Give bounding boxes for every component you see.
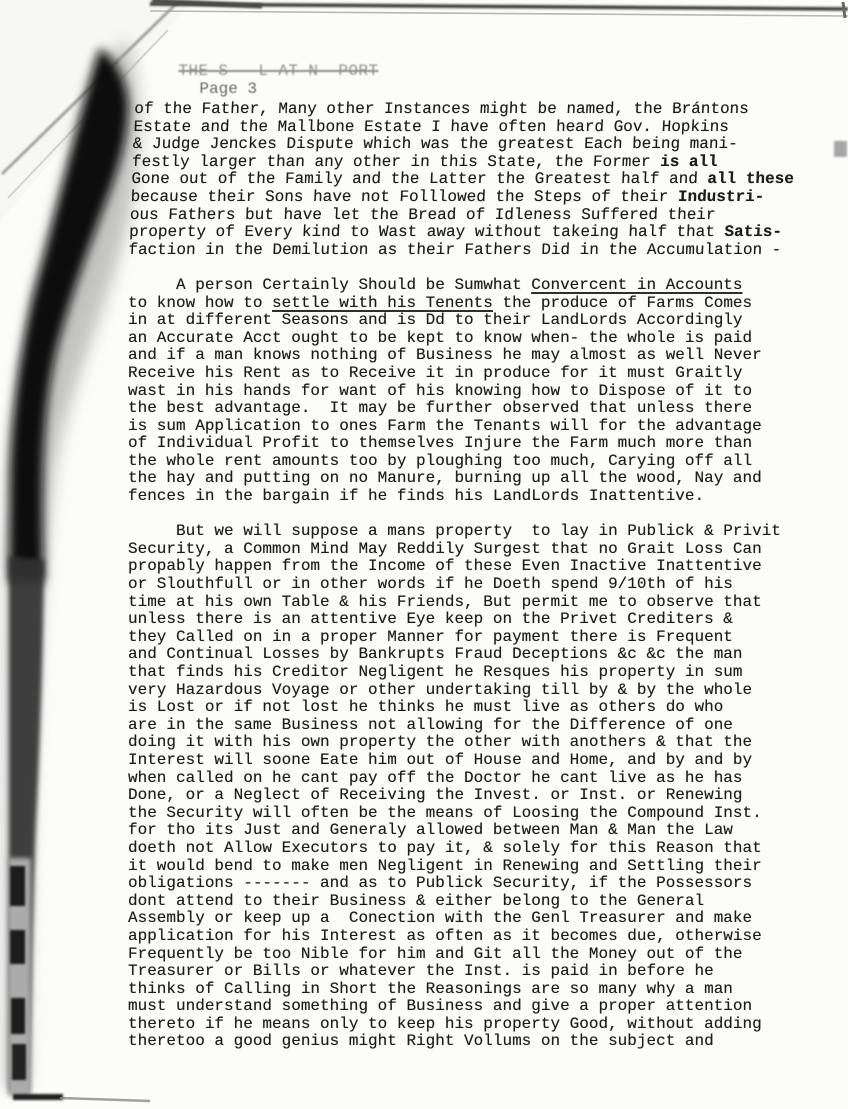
- document-line: wast in his hands for want of his knowin…: [128, 383, 828, 401]
- text-segment: doing it with his own property the other…: [128, 733, 752, 751]
- text-segment: festly larger than any other in this Sta…: [132, 153, 661, 171]
- text-segment: Interest will soone Eate him out of Hous…: [128, 751, 752, 769]
- document-line: & Judge Jenckes Dispute which was the gr…: [132, 136, 833, 154]
- page-header: THE S---L AT N--PORT Page 3: [140, 44, 378, 116]
- document-line: the hay and putting on no Manure, burnin…: [128, 470, 828, 488]
- text-segment: Satis-: [724, 223, 782, 241]
- text-segment: for tho its Just and Generaly allowed be…: [128, 821, 733, 839]
- document-line: an Accurate Acct ought to be kept to kno…: [128, 330, 828, 348]
- text-segment: the hay and putting on no Manure, burnin…: [128, 469, 762, 487]
- text-segment: doeth not Allow Executors to pay it, & s…: [128, 839, 762, 857]
- text-segment: it would bend to make men Negligent in R…: [128, 857, 762, 875]
- document-line: or Slouthfull or in other words if he Do…: [128, 576, 828, 594]
- text-segment: to know how to: [128, 294, 272, 312]
- document-line: it would bend to make men Negligent in R…: [128, 858, 828, 876]
- ink-stain-left: [4, 40, 139, 1096]
- text-segment: wast in his hands for want of his knowin…: [128, 382, 752, 400]
- document-line: and Continual Losses by Bankrupts Fraud …: [128, 646, 828, 664]
- document-line: is sum Application to ones Farm the Tena…: [128, 418, 828, 436]
- document-line: festly larger than any other in this Sta…: [132, 154, 833, 172]
- text-segment: the whole rent amounts too by ploughing …: [128, 452, 752, 470]
- document-line: faction in the Demilution as their Fathe…: [128, 242, 829, 260]
- document-line: propably happen from the Income of these…: [128, 558, 828, 576]
- text-segment: because their Sons have not Folllowed th…: [130, 188, 678, 206]
- document-line: for tho its Just and Generaly allowed be…: [128, 822, 828, 840]
- document-line: A person Certainly Should be Sumwhat Con…: [128, 277, 828, 295]
- document-line: very Hazardous Voyage or other undertaki…: [128, 682, 828, 700]
- document-line: because their Sons have not Folllowed th…: [130, 189, 831, 207]
- text-segment: the produce of Farms Comes: [493, 294, 752, 312]
- text-segment: when called on he cant pay off the Docto…: [128, 769, 743, 787]
- document-line: Estate and the Mallbone Estate I have of…: [133, 119, 834, 137]
- text-segment: is sum Application to ones Farm the Tena…: [128, 417, 762, 435]
- document-line: is Lost or if not lost he thinks he must…: [128, 699, 828, 717]
- text-segment: unless there is an attentive Eye keep on…: [128, 610, 733, 628]
- text-segment: time at his own Table & his Friends, But…: [128, 593, 762, 611]
- document-line: ous Fathers but have let the Bread of Id…: [129, 207, 830, 225]
- text-segment: Security, a Common Mind May Reddily Surg…: [128, 540, 762, 558]
- text-segment: Treasurer or Bills or whatever the Inst.…: [128, 962, 714, 980]
- text-segment: must understand something of Business an…: [128, 997, 752, 1015]
- text-segment: propably happen from the Income of these…: [128, 557, 762, 575]
- document-line: the whole rent amounts too by ploughing …: [128, 453, 828, 471]
- text-segment: very Hazardous Voyage or other undertaki…: [128, 681, 752, 699]
- page-number: Page 3: [199, 80, 257, 98]
- document-line: Receive his Rent as to Receive it in pro…: [128, 365, 828, 383]
- text-segment: Assembly or keep up a Conection with the…: [128, 909, 752, 927]
- document-line: dont attend to their Business & either b…: [128, 893, 828, 911]
- text-segment: in at different Seasons and is Dd to the…: [128, 311, 743, 329]
- document-line: must understand something of Business an…: [128, 998, 828, 1016]
- right-edge-mark: [834, 141, 847, 157]
- document-line: when called on he cant pay off the Docto…: [128, 770, 828, 788]
- document-body: of the Father, Many other Instances migh…: [128, 101, 828, 1051]
- scanned-page: THE S---L AT N--PORT Page 3 of the Fathe…: [0, 0, 848, 1109]
- text-segment: Industri-: [678, 188, 765, 206]
- document-line: thinks of Calling in Short the Reasoning…: [128, 981, 828, 999]
- text-segment: & Judge Jenckes Dispute which was the gr…: [132, 135, 738, 153]
- document-line: unless there is an attentive Eye keep on…: [128, 611, 828, 629]
- text-segment: Estate and the Mallbone Estate I have of…: [133, 118, 729, 136]
- bottom-edge-mark: [13, 1094, 150, 1101]
- document-line: and if a man knows nothing of Business h…: [128, 347, 828, 365]
- document-line: to know how to settle with his Tenents t…: [128, 295, 828, 313]
- blank-line: [128, 259, 828, 277]
- text-segment: obligations ------- and as to Publick Se…: [128, 874, 752, 892]
- text-segment: Receive his Rent as to Receive it in pro…: [128, 364, 743, 382]
- text-segment: the best advantage. It may be further ob…: [128, 399, 752, 417]
- document-line: obligations ------- and as to Publick Se…: [128, 875, 828, 893]
- document-line: doing it with his own property the other…: [128, 734, 828, 752]
- text-segment: the Security will often be the means of …: [128, 804, 762, 822]
- document-line: Frequently be too Nible for him and Git …: [128, 946, 828, 964]
- text-segment: or Slouthfull or in other words if he Do…: [128, 575, 733, 593]
- document-line: Assembly or keep up a Conection with the…: [128, 910, 828, 928]
- underlined-text: settle with his Tenents: [272, 294, 493, 312]
- text-segment: they Called on in a proper Manner for pa…: [128, 628, 733, 646]
- document-line: of Individual Profit to themselves Injur…: [128, 435, 828, 453]
- text-segment: Frequently be too Nible for him and Git …: [128, 945, 743, 963]
- document-line: Treasurer or Bills or whatever the Inst.…: [128, 963, 828, 981]
- text-segment: is all: [660, 153, 718, 171]
- text-segment: property of Every kind to Wast away with…: [129, 223, 725, 241]
- text-segment: Gone out of the Family and the Latter th…: [131, 170, 708, 188]
- document-line: Gone out of the Family and the Latter th…: [131, 171, 832, 189]
- document-line: fences in the bargain if he finds his La…: [128, 488, 828, 506]
- document-line: Done, or a Neglect of Receiving the Inve…: [128, 787, 828, 805]
- text-segment: application for his Interest as often as…: [128, 927, 762, 945]
- document-line: property of Every kind to Wast away with…: [129, 224, 830, 242]
- paragraph: A person Certainly Should be Sumwhat Con…: [128, 277, 828, 506]
- header-title: THE S---L AT N--PORT: [178, 62, 378, 80]
- text-segment: and if a man knows nothing of Business h…: [128, 346, 762, 364]
- blank-line: [128, 506, 828, 524]
- document-line: doeth not Allow Executors to pay it, & s…: [128, 840, 828, 858]
- document-line: time at his own Table & his Friends, But…: [128, 594, 828, 612]
- text-segment: ous Fathers but have let the Bread of Id…: [129, 206, 715, 224]
- text-segment: is Lost or if not lost he thinks he must…: [128, 698, 723, 716]
- page-top-edge: [150, 1, 848, 18]
- text-segment: are in the same Business not allowing fo…: [128, 716, 733, 734]
- document-line: they Called on in a proper Manner for pa…: [128, 629, 828, 647]
- text-segment: A person Certainly Should be Sumwhat: [128, 276, 531, 294]
- document-line: are in the same Business not allowing fo…: [128, 717, 828, 735]
- text-segment: thinks of Calling in Short the Reasoning…: [128, 980, 733, 998]
- document-line: thereto if he means only to keep his pro…: [128, 1016, 828, 1034]
- text-segment: theretoo a good genius might Right Vollu…: [128, 1032, 714, 1050]
- document-line: the Security will often be the means of …: [128, 805, 828, 823]
- paragraph: But we will suppose a mans property to l…: [128, 523, 828, 1051]
- document-line: that finds his Creditor Negligent he Res…: [128, 664, 828, 682]
- text-segment: faction in the Demilution as their Fathe…: [128, 241, 782, 259]
- text-segment: fences in the bargain if he finds his La…: [128, 487, 704, 505]
- text-segment: an Accurate Acct ought to be kept to kno…: [128, 329, 752, 347]
- text-segment: and Continual Losses by Bankrupts Fraud …: [128, 645, 743, 663]
- underlined-text: Convercent in Accounts: [531, 276, 742, 294]
- document-line: the best advantage. It may be further ob…: [128, 400, 828, 418]
- text-segment: Done, or a Neglect of Receiving the Inve…: [128, 786, 743, 804]
- document-line: theretoo a good genius might Right Vollu…: [128, 1033, 828, 1051]
- document-line: application for his Interest as often as…: [128, 928, 828, 946]
- paragraph: of the Father, Many other Instances migh…: [128, 101, 835, 259]
- text-segment: all these: [707, 170, 794, 188]
- document-line: But we will suppose a mans property to l…: [128, 523, 828, 541]
- document-line: in at different Seasons and is Dd to the…: [128, 312, 828, 330]
- document-line: Security, a Common Mind May Reddily Surg…: [128, 541, 828, 559]
- document-line: Interest will soone Eate him out of Hous…: [128, 752, 828, 770]
- text-segment: that finds his Creditor Negligent he Res…: [128, 663, 743, 681]
- text-segment: of Individual Profit to themselves Injur…: [128, 434, 752, 452]
- text-segment: thereto if he means only to keep his pro…: [128, 1015, 762, 1033]
- text-segment: But we will suppose a mans property to l…: [128, 522, 781, 540]
- text-segment: dont attend to their Business & either b…: [128, 892, 704, 910]
